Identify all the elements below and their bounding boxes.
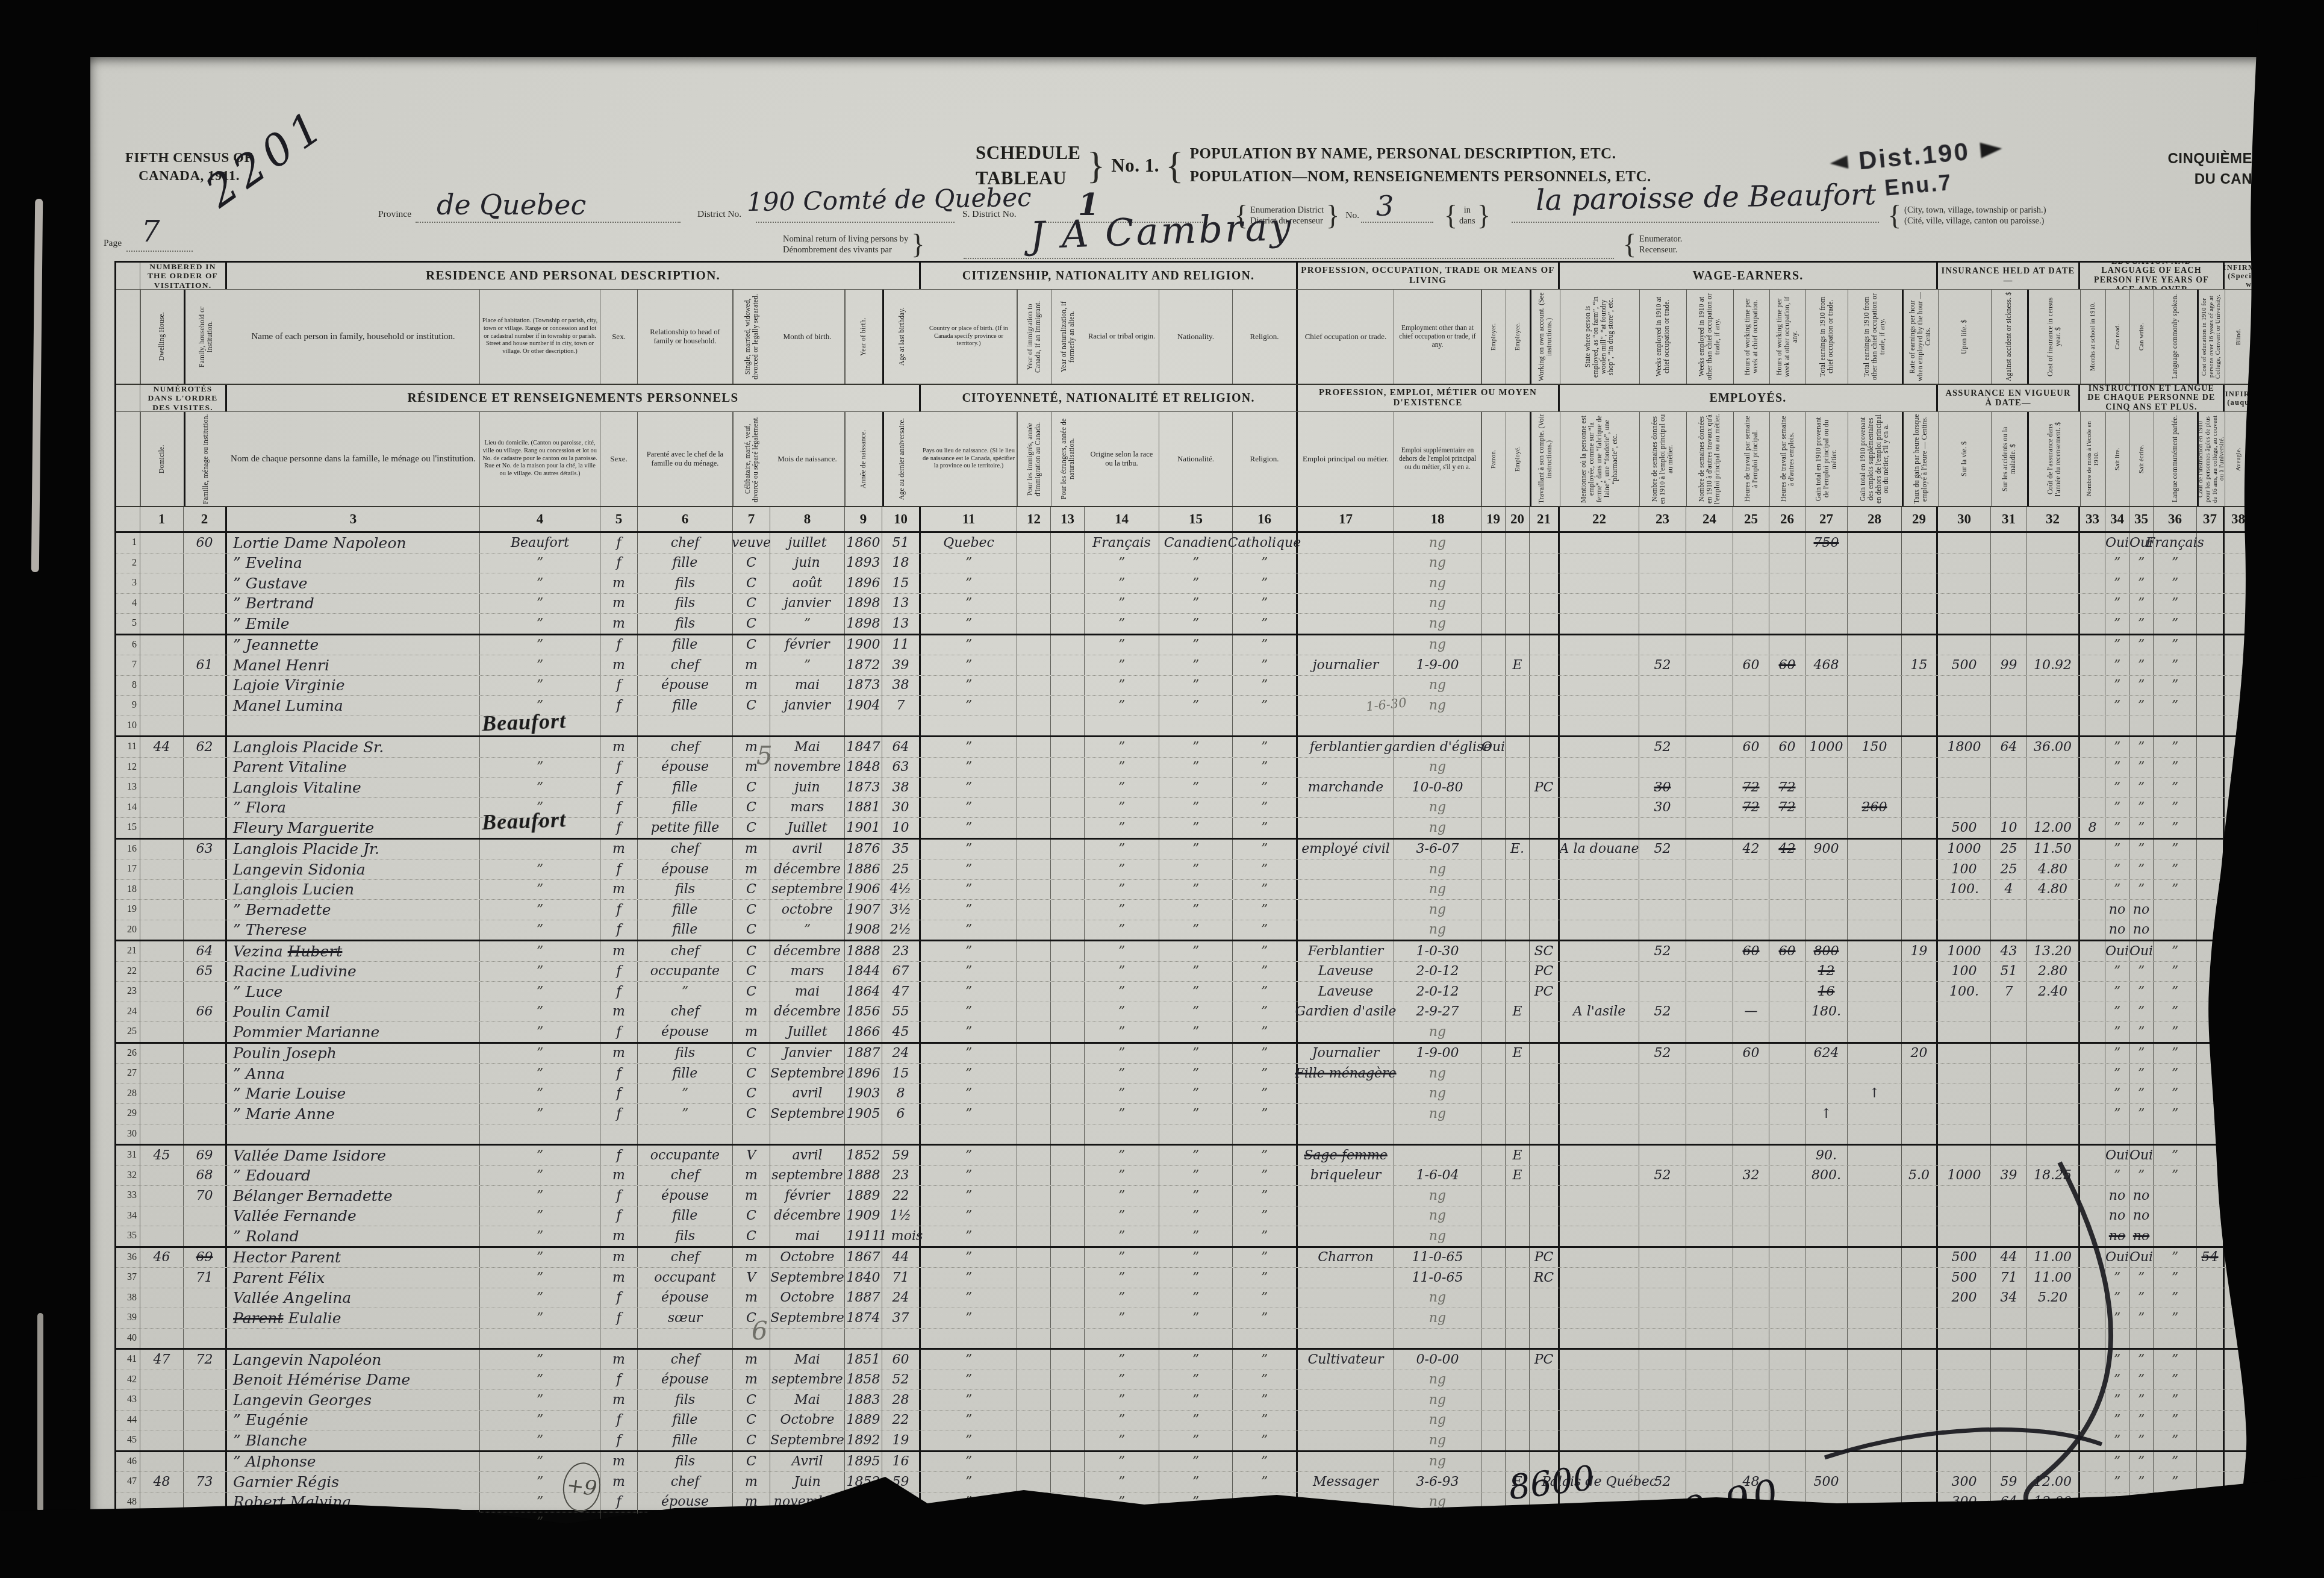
cell-r24-c27: 180.	[1805, 1002, 1848, 1022]
row-number: 23	[116, 982, 140, 1002]
cell-r26-c24	[1686, 1044, 1733, 1064]
cell-r2-c14: ”	[1085, 554, 1159, 573]
cell-r37-c9: 1840	[845, 1268, 882, 1288]
cell-r12-c6: épouse	[638, 758, 733, 778]
cell-r35-c25	[1733, 1226, 1769, 1246]
cell-r43-c20	[1506, 1390, 1530, 1410]
cell-r27-c11: ”	[921, 1064, 1017, 1084]
header-cell-fr-col30: Sur la vie. $	[1938, 412, 1991, 506]
cell-r27-c27	[1805, 1064, 1848, 1084]
cell-r3-c25	[1733, 573, 1769, 593]
cell-r16-c21	[1530, 840, 1560, 859]
cell-r28-c2	[184, 1084, 227, 1104]
cell-r27-c3: ” Anna	[227, 1064, 480, 1084]
cell-r24-c1	[140, 1002, 184, 1022]
cell-r31-c6: occupante	[638, 1146, 733, 1165]
cell-r17-c17	[1298, 859, 1394, 879]
census-row-4: 4” Bertrand”mfilsCjanvier189813””””ng”””	[116, 594, 2280, 614]
cell-r21-c16: ”	[1233, 941, 1298, 961]
cell-r30-c4	[480, 1124, 600, 1144]
cell-r25-c32	[2027, 1022, 2080, 1042]
cell-r24-c5: m	[600, 1002, 638, 1022]
cell-r7-c16: ”	[1233, 655, 1298, 675]
cell-r33-c19	[1481, 1186, 1506, 1206]
cell-r36-c21: PC	[1530, 1248, 1560, 1268]
cell-r35-c14: ”	[1085, 1226, 1159, 1246]
census-row-28: 28” Marie Louise”f”Cavril19038””””ng↑”””	[116, 1084, 2280, 1105]
cell-r27-c21	[1530, 1064, 1560, 1084]
cell-r4-c14: ”	[1085, 594, 1159, 614]
cell-r27-c9: 1896	[845, 1064, 882, 1084]
cell-r27-c14: ”	[1085, 1064, 1159, 1084]
cell-r14-c27	[1805, 798, 1848, 818]
cell-r12-c3: Parent Vitaline	[227, 758, 480, 778]
cell-r38-c19	[1481, 1288, 1506, 1308]
cell-r24-c6: chef	[638, 1002, 733, 1022]
cell-r10-c32	[2027, 716, 2080, 736]
cell-r28-c29	[1902, 1084, 1938, 1104]
cell-r28-c3: ” Marie Louise	[227, 1084, 480, 1104]
cell-r13-c30	[1938, 778, 1991, 797]
cell-r17-c2	[184, 859, 227, 879]
column-number-21: 21	[1530, 507, 1560, 531]
row-number: 19	[116, 900, 140, 920]
cell-r30-c14	[1085, 1124, 1159, 1144]
cell-r5-c10: 13	[882, 614, 921, 634]
cell-r19-c2	[184, 900, 227, 920]
cell-r2-c18: ng	[1394, 554, 1481, 573]
cell-r1-c20	[1506, 533, 1530, 553]
cell-r29-c14: ”	[1085, 1104, 1159, 1124]
cell-r16-c29	[1902, 840, 1938, 859]
cell-r19-c12	[1017, 900, 1051, 920]
cell-r15-c10: 10	[882, 818, 921, 838]
cell-r6-c13	[1051, 635, 1085, 655]
cell-r9-c33	[2080, 696, 2105, 716]
cell-r10-c16	[1233, 716, 1298, 736]
cell-r40-c8	[770, 1329, 845, 1349]
cell-r5-c15: ”	[1159, 614, 1233, 634]
cell-r11-c16: ”	[1233, 737, 1298, 757]
cell-r14-c5: f	[600, 798, 638, 818]
cell-r19-c5: f	[600, 900, 638, 920]
cell-r4-c32	[2027, 594, 2080, 614]
cell-r34-c11: ”	[921, 1206, 1017, 1226]
cell-r32-c11: ”	[921, 1166, 1017, 1186]
column-number-6: 6	[638, 507, 733, 531]
cell-r26-c19	[1481, 1044, 1506, 1064]
cell-r5-c22	[1560, 614, 1639, 634]
cell-r2-c5: f	[600, 554, 638, 573]
cell-r29-c19	[1481, 1104, 1506, 1124]
cell-r7-c13	[1051, 655, 1085, 675]
beauport-stamp: Beaufort	[481, 807, 566, 835]
nominal-return-fr: Dénombrement des vivants par	[783, 245, 908, 255]
cell-r3-c13	[1051, 573, 1085, 593]
cell-r10-c23	[1639, 716, 1686, 736]
cell-r28-c21	[1530, 1084, 1560, 1104]
cell-r13-c34: ”	[2105, 778, 2129, 797]
cell-r39-c5: f	[600, 1308, 638, 1328]
enum-no-label: No.	[1345, 210, 1359, 222]
census-row-14: 14” Flora”ffilleCmars188130””””ng3072722…	[116, 798, 2280, 819]
cell-r20-c11: ”	[921, 920, 1017, 940]
cell-r15-c18: ng	[1394, 818, 1481, 838]
cell-r42-c20	[1506, 1370, 1530, 1390]
cell-r10-c24	[1686, 716, 1733, 736]
brace-icon: }	[1087, 146, 1106, 185]
cell-r44-c12	[1017, 1411, 1051, 1430]
cell-r26-c11: ”	[921, 1044, 1017, 1064]
cell-r3-c27	[1805, 573, 1848, 593]
cell-r3-c21	[1530, 573, 1560, 593]
cell-r1-c22	[1560, 533, 1639, 553]
cell-r35-c7: C	[733, 1226, 770, 1246]
cell-r37-c13	[1051, 1268, 1085, 1288]
header-cell-en-col26: Hours of working time per week at other …	[1769, 290, 1805, 384]
cell-r6-c4: ”	[480, 635, 600, 655]
cell-r8-c17	[1298, 676, 1394, 696]
cell-r2-c10: 18	[882, 554, 921, 573]
cell-r26-c14: ”	[1085, 1044, 1159, 1064]
cell-r29-c17	[1298, 1104, 1394, 1124]
cell-r26-c15: ”	[1159, 1044, 1233, 1064]
cell-r34-c7: C	[733, 1206, 770, 1226]
cell-r37-c4: ”	[480, 1268, 600, 1288]
cell-r4-c34: ”	[2105, 594, 2129, 614]
cell-r41-c2: 72	[184, 1350, 227, 1370]
cell-r22-c24	[1686, 962, 1733, 982]
cell-r26-c34: ”	[2105, 1044, 2129, 1064]
cell-r15-c9: 1901	[845, 818, 882, 838]
cell-r22-c25	[1733, 962, 1769, 982]
cell-r36-c23	[1639, 1248, 1686, 1268]
cell-r28-c1	[140, 1084, 184, 1104]
cell-r17-c10: 25	[882, 859, 921, 879]
cell-r29-c22	[1560, 1104, 1639, 1124]
cell-r12-c22	[1560, 758, 1639, 778]
cell-r20-c35: no	[2129, 920, 2154, 940]
census-row-3: 3” Gustave”mfilsCaoût189615””””ng”””	[116, 573, 2280, 594]
cell-r1-c5: f	[600, 533, 638, 553]
cell-r16-c24	[1686, 840, 1733, 859]
header-cell-en-col12: Year of immigration to Canada, if an imm…	[1017, 290, 1051, 384]
cell-r12-c10: 63	[882, 758, 921, 778]
cell-r13-c31	[1991, 778, 2027, 797]
cell-r10-c8	[770, 716, 845, 736]
cell-r30-c11	[921, 1124, 1017, 1144]
cell-r23-c8: mai	[770, 982, 845, 1002]
cell-r26-c20: E	[1506, 1044, 1530, 1064]
census-row-8: 8Lajoie Virginie”fépousemmai187338””””ng…	[116, 676, 2280, 696]
cell-r33-c16: ”	[1233, 1186, 1298, 1206]
cell-r36-c22	[1560, 1248, 1639, 1268]
cell-r43-c14: ”	[1085, 1390, 1159, 1410]
cell-r28-c5: f	[600, 1084, 638, 1104]
column-number-25: 25	[1733, 507, 1769, 531]
cell-r44-c10: 22	[882, 1411, 921, 1430]
cell-r36-c19	[1481, 1248, 1506, 1268]
brace-icon: {	[1623, 231, 1636, 258]
cell-r29-c11: ”	[921, 1104, 1017, 1124]
cell-r9-c21	[1530, 696, 1560, 716]
cell-r3-c24	[1686, 573, 1733, 593]
cell-r44-c25	[1733, 1411, 1769, 1430]
cell-r10-c13	[1051, 716, 1085, 736]
cell-r26-c5: m	[600, 1044, 638, 1064]
cell-r14-c28: 260	[1848, 798, 1902, 818]
cell-r7-c28	[1848, 655, 1902, 675]
cell-r5-c8: ”	[770, 614, 845, 634]
row-number: 35	[116, 1226, 140, 1246]
cell-r30-c23	[1639, 1124, 1686, 1144]
province-label: Province	[378, 209, 411, 220]
cell-r15-c19	[1481, 818, 1506, 838]
cell-r17-c15: ”	[1159, 859, 1233, 879]
cell-r42-c6: épouse	[638, 1370, 733, 1390]
cell-r7-c1	[140, 655, 184, 675]
cell-r3-c5: m	[600, 573, 638, 593]
cell-r6-c8: février	[770, 635, 845, 655]
cell-r21-c33	[2080, 941, 2105, 961]
cell-r15-c24	[1686, 818, 1733, 838]
cell-r14-c23: 30	[1639, 798, 1686, 818]
cell-r17-c19	[1481, 859, 1506, 879]
cell-r13-c24	[1686, 778, 1733, 797]
cell-r42-c5: f	[600, 1370, 638, 1390]
cell-r15-c30: 500	[1938, 818, 1991, 838]
cell-r16-c15: ”	[1159, 840, 1233, 859]
cell-r18-c35: ”	[2129, 880, 2154, 900]
cell-r2-c30	[1938, 554, 1991, 573]
cell-r2-c7: C	[733, 554, 770, 573]
cell-r25-c31	[1991, 1022, 2027, 1042]
column-number-19: 19	[1481, 507, 1506, 531]
cell-r8-c2	[184, 676, 227, 696]
cell-r31-c4: ”	[480, 1146, 600, 1165]
cell-r19-c7: C	[733, 900, 770, 920]
cell-r40-c21	[1530, 1329, 1560, 1349]
cell-r43-c19	[1481, 1390, 1506, 1410]
cell-r30-c6	[638, 1124, 733, 1144]
schedule-subtitle-en: POPULATION BY NAME, PERSONAL DESCRIPTION…	[1190, 143, 1651, 166]
cell-r11-c9: 1847	[845, 737, 882, 757]
row-number: 14	[116, 798, 140, 818]
cell-r38-c9: 1887	[845, 1288, 882, 1308]
cell-r39-c15: ”	[1159, 1308, 1233, 1328]
cell-r10-c9	[845, 716, 882, 736]
cell-r44-c4: ”	[480, 1411, 600, 1430]
row-number-column-header	[116, 290, 140, 384]
cell-r10-c3	[227, 716, 480, 736]
cell-r1-c16: Catholique	[1233, 533, 1298, 553]
cell-r10-c11	[921, 716, 1017, 736]
cell-r23-c32: 2.40	[2027, 982, 2080, 1002]
row-number: 41	[116, 1350, 140, 1370]
header-cell-en-col21: Working on own account. (See instruction…	[1530, 290, 1560, 384]
cell-r39-c1	[140, 1308, 184, 1328]
cell-r26-c26	[1769, 1044, 1805, 1064]
cell-r18-c33	[2080, 880, 2105, 900]
cell-r29-c4: ”	[480, 1104, 600, 1124]
cell-r9-c35: ”	[2129, 696, 2154, 716]
cell-r2-c9: 1893	[845, 554, 882, 573]
cell-r15-c14: ”	[1085, 818, 1159, 838]
cell-r23-c28	[1848, 982, 1902, 1002]
stamp-arrow-icon	[1830, 155, 1849, 170]
cell-r21-c10: 23	[882, 941, 921, 961]
cell-r27-c16: ”	[1233, 1064, 1298, 1084]
cell-r39-c10: 37	[882, 1308, 921, 1328]
cell-r16-c34: ”	[2105, 840, 2129, 859]
cell-r10-c1	[140, 716, 184, 736]
header-cell-fr-col8: Mois de naissance.	[770, 412, 845, 506]
cell-r2-c8: juin	[770, 554, 845, 573]
cell-r32-c9: 1888	[845, 1166, 882, 1186]
cell-r24-c32	[2027, 1002, 2080, 1022]
cell-r30-c15	[1159, 1124, 1233, 1144]
cell-r23-c20	[1506, 982, 1530, 1002]
cell-r36-c3: Hector Parent	[227, 1248, 480, 1268]
pencil-scribble: 6	[752, 1316, 768, 1346]
scan-border-left	[0, 0, 90, 1578]
cell-r31-c18	[1394, 1146, 1481, 1165]
column-number-33: 33	[2080, 507, 2105, 531]
cell-r30-c18	[1394, 1124, 1481, 1144]
cell-r6-c33	[2080, 635, 2105, 655]
header-cell-fr-col14: Origine selon la race ou la tribu.	[1085, 412, 1159, 506]
cell-r44-c18: ng	[1394, 1411, 1481, 1430]
cell-r18-c1	[140, 880, 184, 900]
cell-r39-c2	[184, 1308, 227, 1328]
dotted-line	[1361, 221, 1433, 223]
cell-r32-c18: 1-6-04	[1394, 1166, 1481, 1186]
cell-r28-c20	[1506, 1084, 1530, 1104]
cell-r24-c34: ”	[2105, 1002, 2129, 1022]
cell-r26-c9: 1887	[845, 1044, 882, 1064]
cell-r6-c9: 1900	[845, 635, 882, 655]
cell-r35-c9: 1911	[845, 1226, 882, 1246]
census-row-6: 6” Jeannette”ffilleCfévrier190011””””ng”…	[116, 635, 2280, 656]
cell-r7-c23: 52	[1639, 655, 1686, 675]
cell-r5-c29	[1902, 614, 1938, 634]
cell-r23-c12	[1017, 982, 1051, 1002]
cell-r15-c8: Juillet	[770, 818, 845, 838]
cell-r27-c12	[1017, 1064, 1051, 1084]
cell-r40-c1	[140, 1329, 184, 1349]
cell-r30-c24	[1686, 1124, 1733, 1144]
cell-r11-c8: Mai	[770, 737, 845, 757]
cell-r16-c26: 42	[1769, 840, 1805, 859]
cell-r29-c20	[1506, 1104, 1530, 1124]
cell-r18-c18: ng	[1394, 880, 1481, 900]
census-row-17: 17Langevin Sidonia”fépousemdécembre18862…	[116, 859, 2280, 880]
cell-r6-c15: ”	[1159, 635, 1233, 655]
cell-r30-c20	[1506, 1124, 1530, 1144]
cell-r13-c35: ”	[2129, 778, 2154, 797]
cell-r26-c21	[1530, 1044, 1560, 1064]
cell-r18-c30: 100.	[1938, 880, 1991, 900]
cell-r6-c34: ”	[2105, 635, 2129, 655]
row-number: 44	[116, 1411, 140, 1430]
cell-r23-c16: ”	[1233, 982, 1298, 1002]
cell-r38-c11: ”	[921, 1288, 1017, 1308]
header-cell-en-col33: Months at school in 1910.	[2080, 290, 2105, 384]
cell-r37-c2: 71	[184, 1268, 227, 1288]
cell-r3-c29	[1902, 573, 1938, 593]
cell-r33-c12	[1017, 1186, 1051, 1206]
cell-r3-c31	[1991, 573, 2027, 593]
cell-r28-c18: ng	[1394, 1084, 1481, 1104]
cell-r41-c6: chef	[638, 1350, 733, 1370]
cell-r8-c29	[1902, 676, 1938, 696]
cell-r25-c19	[1481, 1022, 1506, 1042]
cell-r13-c12	[1017, 778, 1051, 797]
census-row-15: 15Fleury Marguerite”fpetite filleCJuille…	[116, 818, 2280, 840]
cell-r30-c9	[845, 1124, 882, 1144]
cell-r21-c4: ”	[480, 941, 600, 961]
cell-r4-c15: ”	[1159, 594, 1233, 614]
cell-r29-c32	[2027, 1104, 2080, 1124]
cell-r18-c17	[1298, 880, 1394, 900]
cell-r13-c26: 72	[1769, 778, 1805, 797]
cell-r7-c19	[1481, 655, 1506, 675]
cell-r11-c31: 64	[1991, 737, 2027, 757]
census-row-24: 2466Poulin Camil”mchefmdécembre185655”””…	[116, 1002, 2280, 1023]
cell-r43-c13	[1051, 1390, 1085, 1410]
cell-r39-c13	[1051, 1308, 1085, 1328]
cell-r40-c14	[1085, 1329, 1159, 1349]
header-cell-en-col25: Hours of working time per week at chief …	[1733, 290, 1769, 384]
cell-r3-c2	[184, 573, 227, 593]
cell-r5-c2	[184, 614, 227, 634]
cell-r44-c7: C	[733, 1411, 770, 1430]
cell-r23-c15: ”	[1159, 982, 1233, 1002]
cell-r44-c5: f	[600, 1411, 638, 1430]
cell-r35-c24	[1686, 1226, 1733, 1246]
cell-r22-c18: 2-0-12	[1394, 962, 1481, 982]
row-number: 39	[116, 1308, 140, 1328]
cell-r17-c5: f	[600, 859, 638, 879]
cell-r35-c1	[140, 1226, 184, 1246]
cell-r23-c18: 2-0-12	[1394, 982, 1481, 1002]
header-cell-en-col18: Employment other than at chief occupatio…	[1394, 290, 1481, 384]
header-cell-en-col8: Month of birth.	[770, 290, 845, 384]
cell-r44-c17	[1298, 1411, 1394, 1430]
header-cell-fr-col24: Nombre de semaines données en 1910 à d'a…	[1686, 412, 1733, 506]
cell-r7-c24	[1686, 655, 1733, 675]
cell-r15-c3: Fleury Marguerite	[227, 818, 480, 838]
row-number: 16	[116, 840, 140, 859]
cell-r22-c20	[1506, 962, 1530, 982]
cell-r11-c18: gardien d'église	[1394, 737, 1481, 757]
header-cell-fr-col20: Employé.	[1506, 412, 1530, 506]
cell-r30-c28	[1848, 1124, 1902, 1144]
cell-r17-c30: 100	[1938, 859, 1991, 879]
cell-r44-c11: ”	[921, 1411, 1017, 1430]
cell-r2-c15: ”	[1159, 554, 1233, 573]
cell-r20-c3: ” Therese	[227, 920, 480, 940]
cell-r18-c22	[1560, 880, 1639, 900]
cell-r28-c31	[1991, 1084, 2027, 1104]
column-number-29: 29	[1902, 507, 1938, 531]
cell-r29-c34: ”	[2105, 1104, 2129, 1124]
group-title-en-1: NUMBERED IN THE ORDER OF VISITATION.	[140, 263, 227, 289]
cell-r7-c6: chef	[638, 655, 733, 675]
cell-r7-c18: 1-9-00	[1394, 655, 1481, 675]
cell-r10-c21	[1530, 716, 1560, 736]
cell-r16-c23: 52	[1639, 840, 1686, 859]
